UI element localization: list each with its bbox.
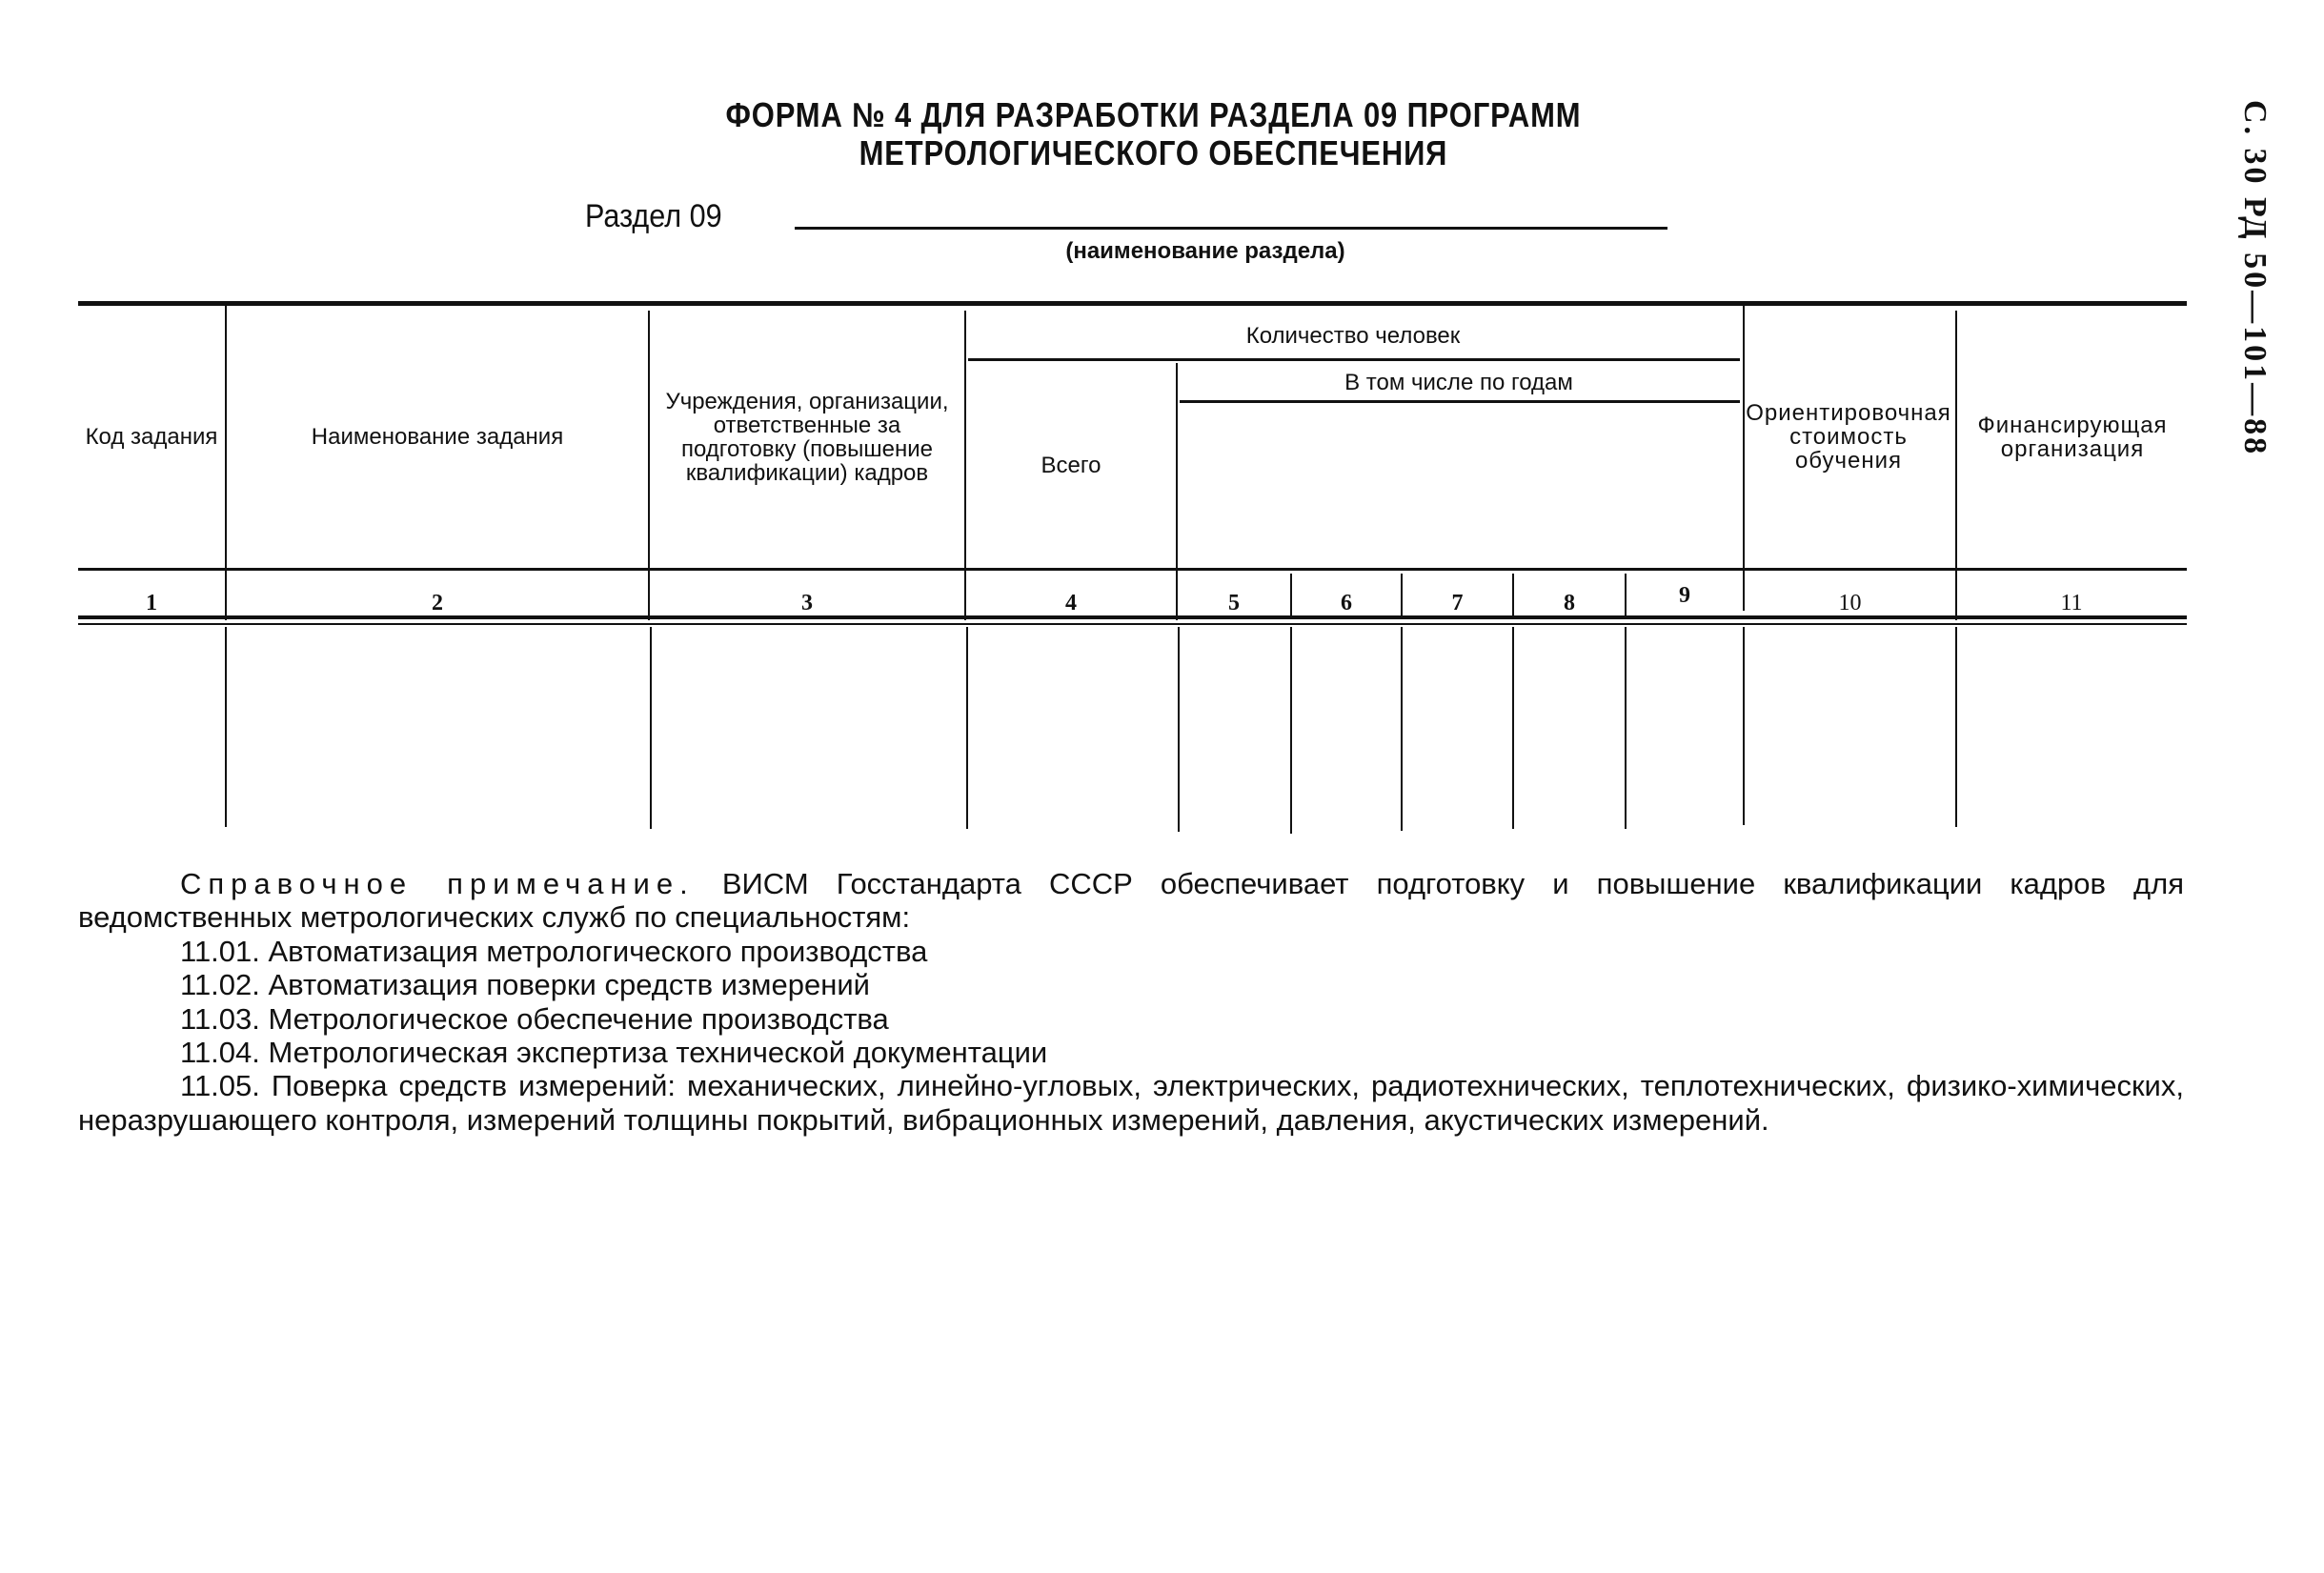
numbers-bottom-border-2 <box>78 623 2187 625</box>
col-divider <box>1955 311 1957 620</box>
col-number: 2 <box>227 591 648 616</box>
col-number: 4 <box>966 591 1176 616</box>
col-number: 7 <box>1403 591 1512 616</box>
col-number: 10 <box>1745 591 1955 616</box>
col-number: 6 <box>1292 591 1401 616</box>
header-code: Код задания <box>78 306 225 568</box>
note-intro: Справочное примечание. ВИСМ Госстандарта… <box>78 867 2184 935</box>
col-number: 3 <box>650 591 964 616</box>
page-reference-text: С. 30 РД 50—101—88 <box>2236 100 2273 456</box>
header-total: Всего <box>966 362 1176 568</box>
header-cost: Ориентировочная стоимость обучения <box>1758 306 1939 568</box>
header-people-count: Количество человек <box>966 314 1740 356</box>
col-divider <box>1743 306 1745 611</box>
header-by-years: В том числе по годам <box>1178 366 1740 398</box>
col-number: 5 <box>1178 591 1290 616</box>
by-years-divider <box>1180 400 1740 403</box>
header-task-name: Наименование задания <box>227 306 648 568</box>
note-lead: Справочное примечание. <box>180 867 695 900</box>
people-group-divider <box>968 358 1740 361</box>
form-title-line-1: ФОРМА № 4 ДЛЯ РАЗРАБОТКИ РАЗДЕЛА 09 ПРОГ… <box>154 95 2153 135</box>
specialty-item: 11.01. Автоматизация метрологического пр… <box>78 935 2184 968</box>
col-number: 1 <box>78 591 225 616</box>
specialty-item: 11.05. Поверка средств измерений: механи… <box>78 1069 2184 1137</box>
specialty-item: 11.02. Автоматизация поверки средств изм… <box>78 968 2184 1001</box>
table-row[interactable] <box>78 627 2187 829</box>
col-divider <box>648 311 650 620</box>
form-title-line-2: МЕТРОЛОГИЧЕСКОГО ОБЕСПЕЧЕНИЯ <box>154 133 2153 173</box>
page-reference: С. 30 РД 50—101—88 <box>2230 100 2315 510</box>
header-funding: Финансирующая организация <box>1977 306 2168 568</box>
col-number: 9 <box>1627 583 1743 609</box>
specialty-item: 11.03. Метрологическое обеспечение произ… <box>78 1002 2184 1036</box>
section-name-field[interactable] <box>795 227 1667 230</box>
col-number: 8 <box>1514 591 1625 616</box>
col-number: 11 <box>1957 591 2186 616</box>
specialty-item: 11.04. Метрологическая экспертиза технич… <box>78 1036 2184 1069</box>
header-bottom-border <box>78 568 2187 571</box>
section-label: Раздел 09 <box>585 198 722 235</box>
header-institutions: Учреждения, организации, ответственные з… <box>652 306 962 568</box>
reference-note: Справочное примечание. ВИСМ Госстандарта… <box>78 867 2184 1137</box>
section-name-caption: (наименование раздела) <box>953 238 1458 265</box>
col-divider <box>1176 363 1178 620</box>
